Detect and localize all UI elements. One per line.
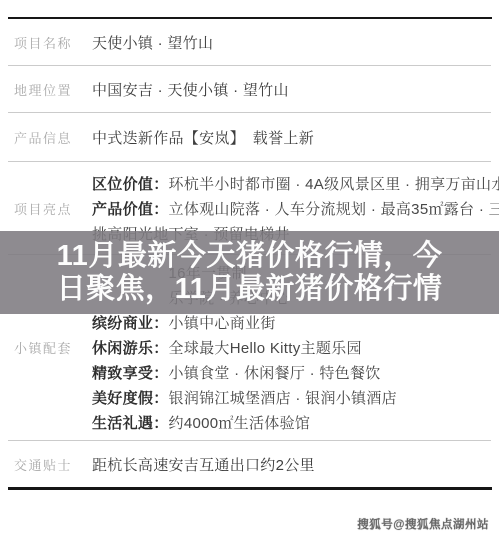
line-key: 缤纷商业： (92, 312, 169, 333)
line-key: 精致享受： (92, 362, 169, 383)
row-label: 产品信息 (8, 113, 92, 161)
row-value: 中式迭新作品【安岚】 载誉上新 (92, 113, 491, 161)
amenity-line: 休闲游乐： 全球最大Hello Kitty主题乐园 (92, 335, 491, 360)
amenity-line: 精致享受： 小镇食堂 · 休闲餐厅 · 特色餐饮 (92, 360, 491, 385)
row-value: 中国安吉 · 天使小镇 · 望竹山 (92, 66, 491, 112)
table-row-location: 地理位置 中国安吉 · 天使小镇 · 望竹山 (8, 66, 491, 113)
property-info-sheet: 项目名称 天使小镇 · 望竹山 地理位置 中国安吉 · 天使小镇 · 望竹山 产… (0, 0, 499, 538)
headline-line-1: 11月最新今天猪价格行情，今 (0, 240, 499, 273)
table-row-project-name: 项目名称 天使小镇 · 望竹山 (8, 19, 491, 66)
table-row-traffic-tips: 交通贴士 距杭长高速安吉互通出口约2公里 (8, 441, 491, 488)
row-value: 天使小镇 · 望竹山 (92, 19, 491, 65)
bottom-frame-line (8, 487, 492, 490)
highlight-line: 区位价值： 环杭半小时都市圈 · 4A级风景区里 · 拥享万亩山水大境 (92, 171, 499, 196)
sohu-watermark: 搜狐号@搜狐焦点湖州站 (357, 516, 489, 532)
line-value: 约4000㎡生活体验馆 (169, 412, 311, 433)
line-key: 美好度假： (92, 387, 169, 408)
row-label: 地理位置 (8, 66, 92, 112)
line-value: 小镇食堂 · 休闲餐厅 · 特色餐饮 (169, 362, 381, 383)
row-label: 项目名称 (8, 19, 92, 65)
line-value: 立体观山院落 · 人车分流规划 · 最高35㎡露台 · 三套房设计 (169, 198, 499, 219)
line-value: 银润锦江城堡酒店 · 银润小镇酒店 (169, 387, 397, 408)
line-key: 区位价值： (92, 173, 169, 194)
amenity-line: 美好度假： 银润锦江城堡酒店 · 银润小镇酒店 (92, 385, 491, 410)
headline-line-2: 日聚焦，11月最新猪价格行情 (0, 273, 499, 306)
line-value: 环杭半小时都市圈 · 4A级风景区里 · 拥享万亩山水大境 (169, 173, 499, 194)
table-row-product-info: 产品信息 中式迭新作品【安岚】 载誉上新 (8, 113, 491, 162)
line-key: 生活礼遇： (92, 412, 169, 433)
line-key: 休闲游乐： (92, 337, 169, 358)
row-value: 距杭长高速安吉互通出口约2公里 (92, 441, 491, 488)
highlight-line: 产品价值： 立体观山院落 · 人车分流规划 · 最高35㎡露台 · 三套房设计 (92, 196, 499, 221)
line-key: 产品价值： (92, 198, 169, 219)
line-value: 小镇中心商业街 (169, 312, 276, 333)
amenity-line: 生活礼遇： 约4000㎡生活体验馆 (92, 410, 491, 435)
line-value: 全球最大Hello Kitty主题乐园 (169, 337, 362, 358)
row-label: 交通贴士 (8, 441, 92, 488)
headline-overlay-banner: 11月最新今天猪价格行情，今 日聚焦，11月最新猪价格行情 (0, 231, 499, 314)
